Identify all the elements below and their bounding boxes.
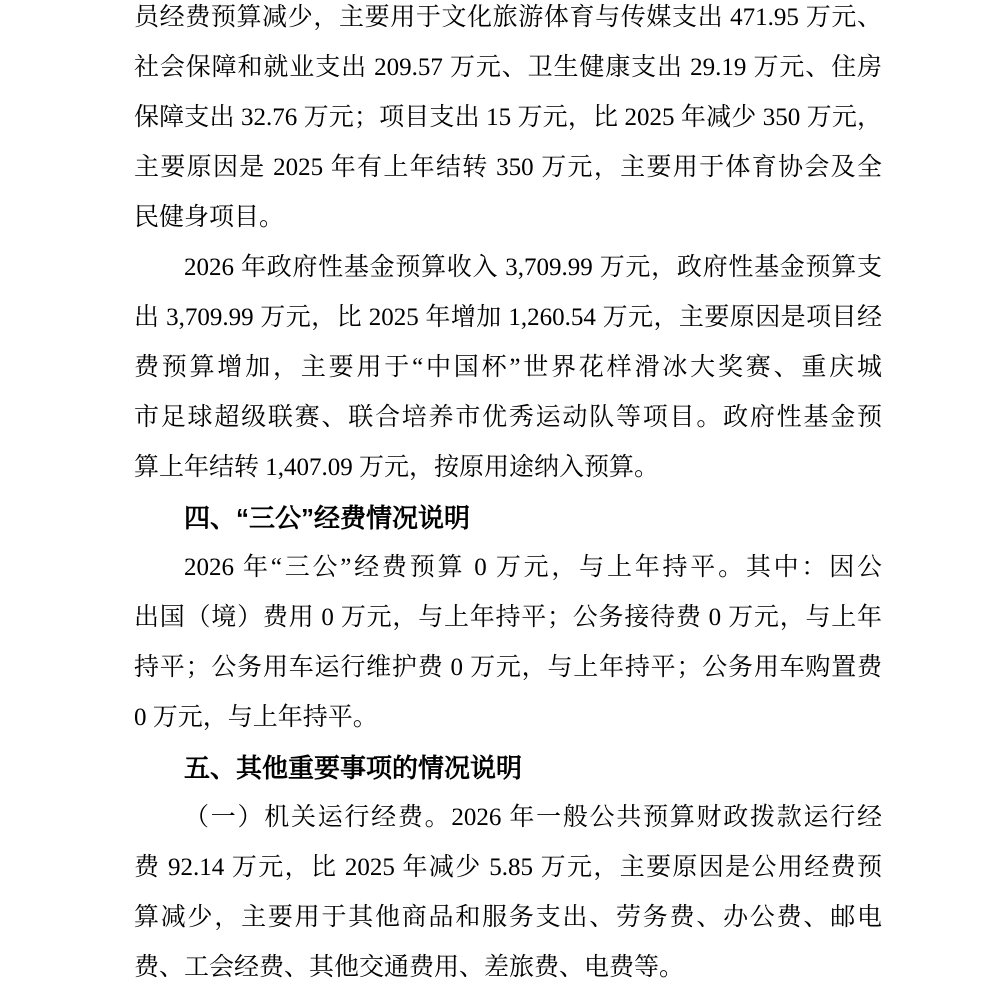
text-line: 民健身项目。 — [134, 193, 882, 243]
text-line: 保障支出 32.76 万元；项目支出 15 万元，比 2025 年减少 350 … — [134, 93, 882, 143]
text-line: 算减少，主要用于其他商品和服务支出、劳务费、办公费、邮电 — [134, 893, 882, 943]
document-text-block: 员经费预算减少，主要用于文化旅游体育与传媒支出 471.95 万元、 社会保障和… — [134, 0, 882, 991]
text-line: 主要原因是 2025 年有上年结转 350 万元，主要用于体育协会及全 — [134, 143, 882, 193]
text-line: 费、工会经费、其他交通费用、差旅费、电费等。 — [134, 943, 882, 991]
text-line: 费 92.14 万元，比 2025 年减少 5.85 万元，主要原因是公用经费预 — [134, 843, 882, 893]
section-heading-five: 五、其他重要事项的情况说明 — [134, 743, 882, 793]
text-line: 出国（境）费用 0 万元，与上年持平；公务接待费 0 万元，与上年 — [134, 593, 882, 643]
paragraph-agency-operating-funds: （一）机关运行经费。2026 年一般公共预算财政拨款运行经 费 92.14 万元… — [134, 793, 882, 991]
text-line: 市足球超级联赛、联合培养市优秀运动队等项目。政府性基金预 — [134, 393, 882, 443]
text-line: 算上年结转 1,407.09 万元，按原用途纳入预算。 — [134, 443, 882, 493]
paragraph-personnel-expenditure: 员经费预算减少，主要用于文化旅游体育与传媒支出 471.95 万元、 社会保障和… — [134, 0, 882, 243]
text-line: 员经费预算减少，主要用于文化旅游体育与传媒支出 471.95 万元、 — [134, 0, 882, 43]
text-line: 持平；公务用车运行维护费 0 万元，与上年持平；公务用车购置费 — [134, 643, 882, 693]
text-line: 2026 年“三公”经费预算 0 万元，与上年持平。其中：因公 — [134, 543, 882, 593]
section-heading-four: 四、“三公”经费情况说明 — [134, 493, 882, 543]
paragraph-three-public-expenses: 2026 年“三公”经费预算 0 万元，与上年持平。其中：因公 出国（境）费用 … — [134, 543, 882, 743]
text-line: 2026 年政府性基金预算收入 3,709.99 万元，政府性基金预算支 — [134, 243, 882, 293]
paragraph-government-fund-budget: 2026 年政府性基金预算收入 3,709.99 万元，政府性基金预算支 出 3… — [134, 243, 882, 493]
document-page: 员经费预算减少，主要用于文化旅游体育与传媒支出 471.95 万元、 社会保障和… — [0, 0, 1000, 991]
text-line: 社会保障和就业支出 209.57 万元、卫生健康支出 29.19 万元、住房 — [134, 43, 882, 93]
text-line: 费预算增加，主要用于“中国杯”世界花样滑冰大奖赛、重庆城 — [134, 343, 882, 393]
text-line: （一）机关运行经费。2026 年一般公共预算财政拨款运行经 — [134, 793, 882, 843]
text-line: 出 3,709.99 万元，比 2025 年增加 1,260.54 万元，主要原… — [134, 293, 882, 343]
text-line: 0 万元，与上年持平。 — [134, 693, 882, 743]
